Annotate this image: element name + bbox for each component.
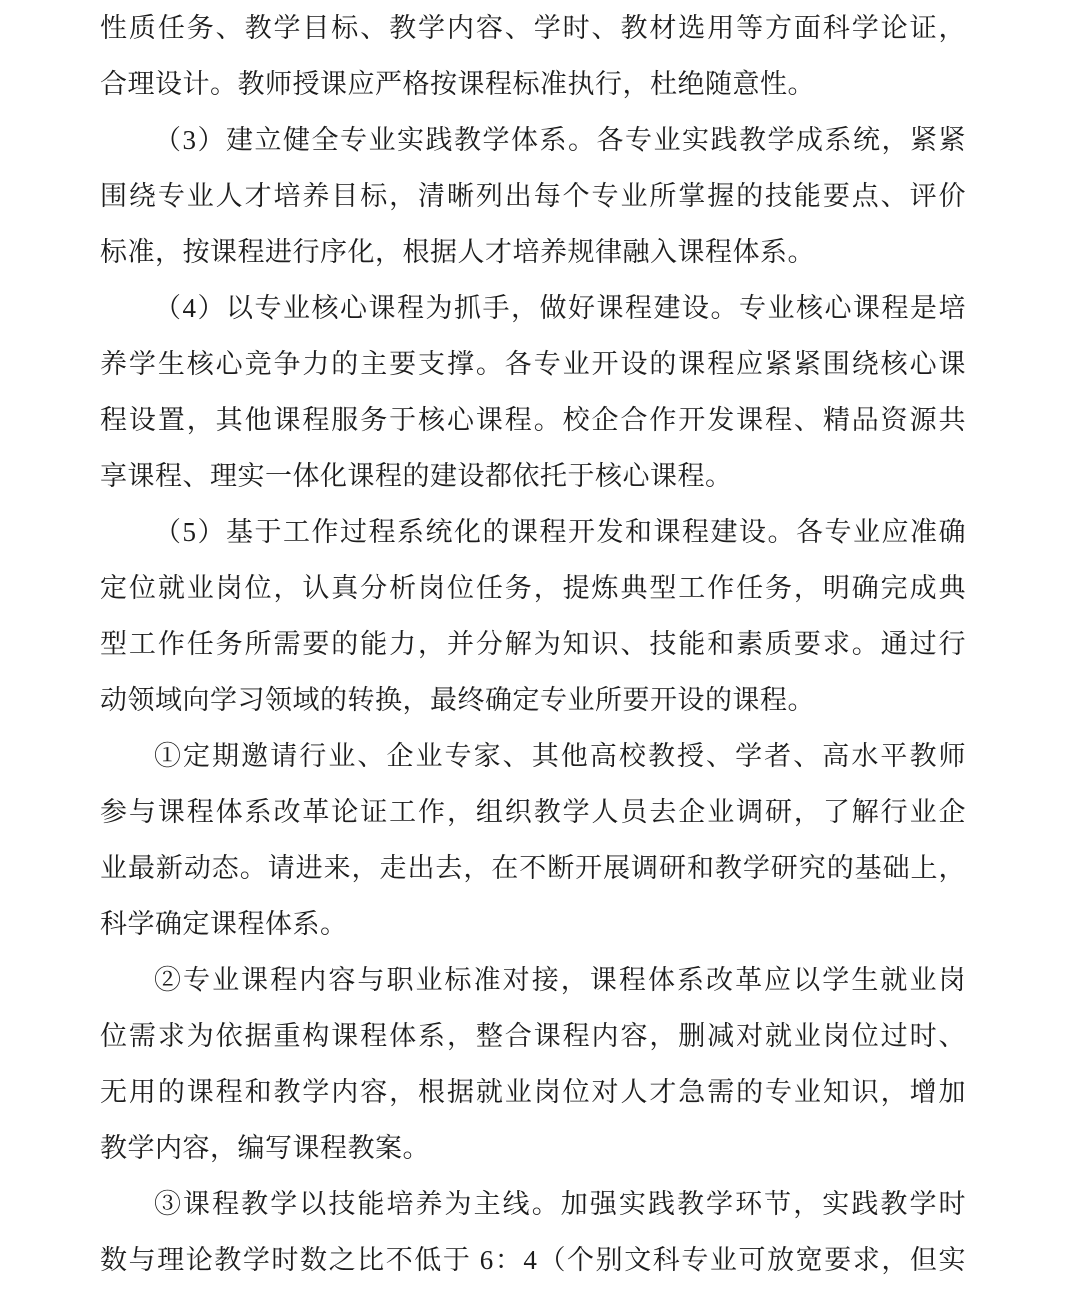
document-line: （3）建立健全专业实践教学体系。各专业实践教学成系统，紧紧 <box>100 112 966 168</box>
document-line: 位需求为依据重构课程体系，整合课程内容，删减对就业岗位过时、 <box>100 1008 966 1064</box>
paragraph-item-5: （5）基于工作过程系统化的课程开发和课程建设。各专业应准确 定位就业岗位，认真分… <box>100 504 966 728</box>
document-line: （5）基于工作过程系统化的课程开发和课程建设。各专业应准确 <box>100 504 966 560</box>
document-line: ③课程教学以技能培养为主线。加强实践教学环节，实践教学时 <box>100 1176 966 1232</box>
document-line: 标准，按课程进行序化，根据人才培养规律融入课程体系。 <box>100 224 966 280</box>
document-line: 合理设计。教师授课应严格按课程标准执行，杜绝随意性。 <box>100 56 966 112</box>
document-line: ①定期邀请行业、企业专家、其他高校教授、学者、高水平教师 <box>100 728 966 784</box>
document-line: ②专业课程内容与职业标准对接，课程体系改革应以学生就业岗 <box>100 952 966 1008</box>
paragraph-continuation: 性质任务、教学目标、教学内容、学时、教材选用等方面科学论证， 合理设计。教师授课… <box>100 0 966 112</box>
paragraph-circled-3: ③课程教学以技能培养为主线。加强实践教学环节，实践教学时 数与理论教学时数之比不… <box>100 1176 966 1288</box>
paragraph-circled-1: ①定期邀请行业、企业专家、其他高校教授、学者、高水平教师 参与课程体系改革论证工… <box>100 728 966 952</box>
document-line: 无用的课程和教学内容，根据就业岗位对人才急需的专业知识，增加 <box>100 1064 966 1120</box>
document-line: 科学确定课程体系。 <box>100 896 966 952</box>
document-page: 性质任务、教学目标、教学内容、学时、教材选用等方面科学论证， 合理设计。教师授课… <box>0 0 1066 1296</box>
document-line: 围绕专业人才培养目标，清晰列出每个专业所掌握的技能要点、评价 <box>100 168 966 224</box>
document-line: 业最新动态。请进来，走出去，在不断开展调研和教学研究的基础上， <box>100 840 966 896</box>
paragraph-item-3: （3）建立健全专业实践教学体系。各专业实践教学成系统，紧紧 围绕专业人才培养目标… <box>100 112 966 280</box>
document-line: 享课程、理实一体化课程的建设都依托于核心课程。 <box>100 448 966 504</box>
document-line: 教学内容，编写课程教案。 <box>100 1120 966 1176</box>
document-line: 性质任务、教学目标、教学内容、学时、教材选用等方面科学论证， <box>100 0 966 56</box>
document-line: （4）以专业核心课程为抓手，做好课程建设。专业核心课程是培 <box>100 280 966 336</box>
document-line: 定位就业岗位，认真分析岗位任务，提炼典型工作任务，明确完成典 <box>100 560 966 616</box>
document-content: 性质任务、教学目标、教学内容、学时、教材选用等方面科学论证， 合理设计。教师授课… <box>100 0 966 1288</box>
document-line: 动领域向学习领域的转换，最终确定专业所要开设的课程。 <box>100 672 966 728</box>
paragraph-item-4: （4）以专业核心课程为抓手，做好课程建设。专业核心课程是培 养学生核心竞争力的主… <box>100 280 966 504</box>
document-line: 参与课程体系改革论证工作，组织教学人员去企业调研，了解行业企 <box>100 784 966 840</box>
paragraph-circled-2: ②专业课程内容与职业标准对接，课程体系改革应以学生就业岗 位需求为依据重构课程体… <box>100 952 966 1176</box>
document-line: 程设置，其他课程服务于核心课程。校企合作开发课程、精品资源共 <box>100 392 966 448</box>
document-line: 养学生核心竞争力的主要支撑。各专业开设的课程应紧紧围绕核心课 <box>100 336 966 392</box>
document-line: 型工作任务所需要的能力，并分解为知识、技能和素质要求。通过行 <box>100 616 966 672</box>
document-line: 数与理论教学时数之比不低于 6：4（个别文科专业可放宽要求，但实 <box>100 1232 966 1288</box>
